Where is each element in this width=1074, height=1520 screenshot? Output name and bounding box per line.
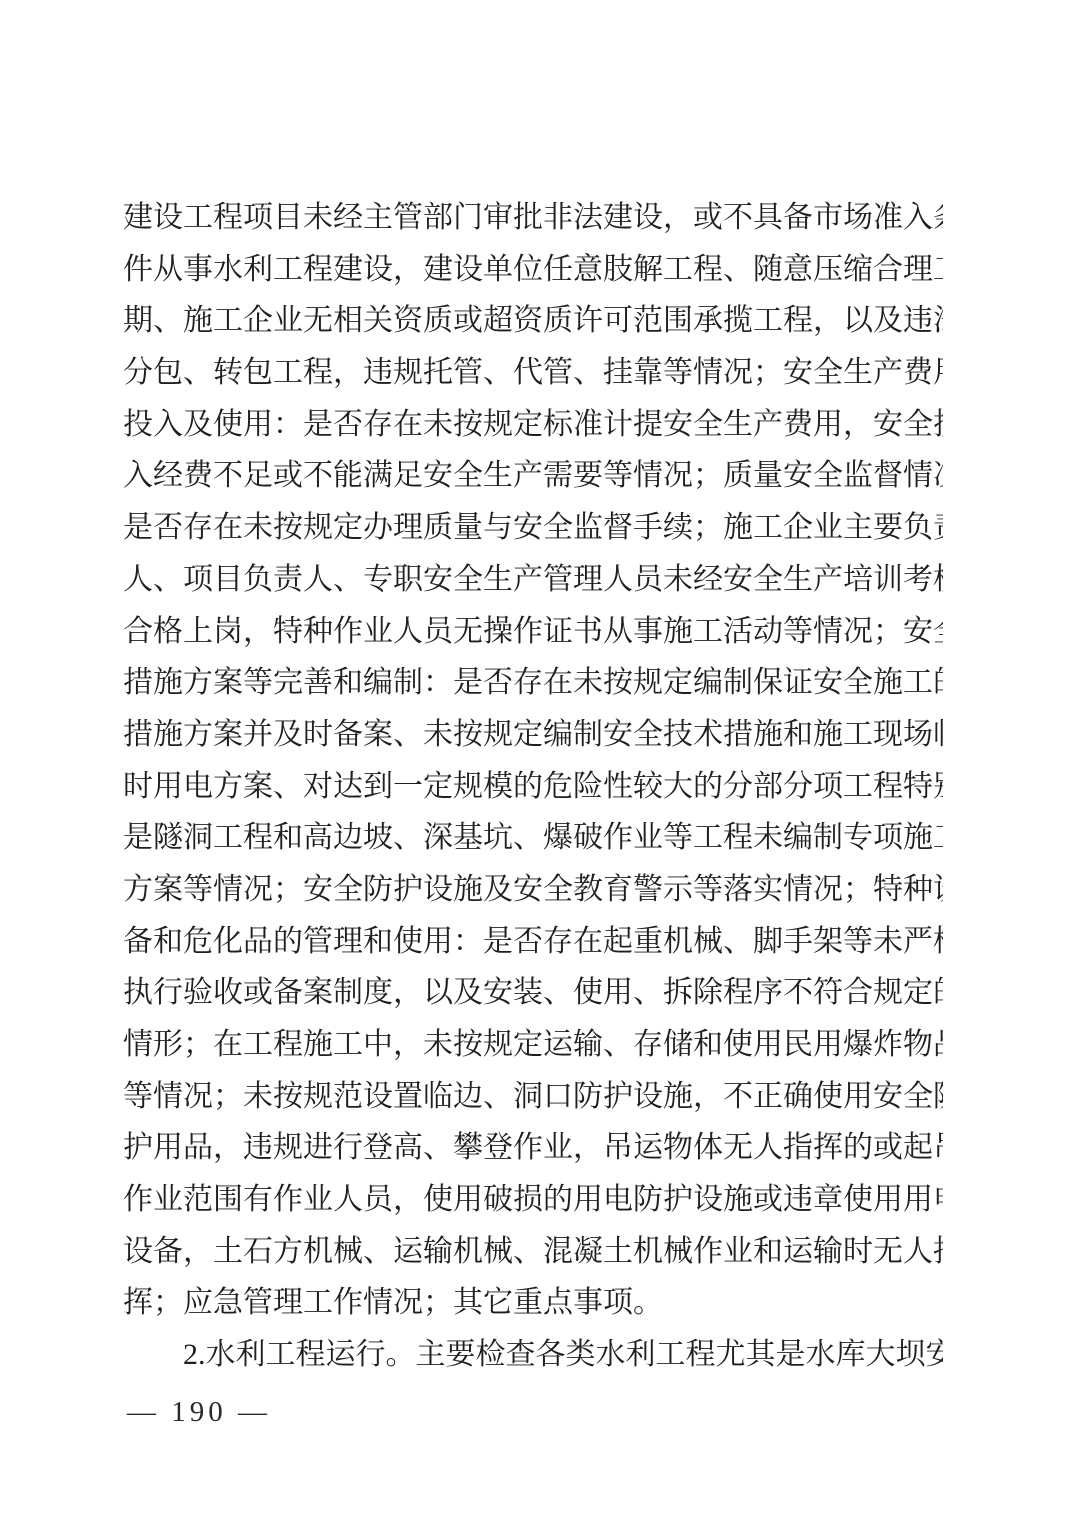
text-line: 作业范围有作业人员，使用破损的用电防护设施或违章使用用电 (123, 1174, 943, 1226)
text-line: 分包、转包工程，违规托管、代管、挂靠等情况；安全生产费用 (123, 347, 943, 399)
text-line: 人、项目负责人、专职安全生产管理人员未经安全生产培训考核 (123, 554, 943, 606)
text-line: 挥；应急管理工作情况；其它重点事项。 (123, 1277, 943, 1329)
text-line: 件从事水利工程建设，建设单位任意肢解工程、随意压缩合理工 (123, 244, 943, 296)
text-line: 执行验收或备案制度，以及安装、使用、拆除程序不符合规定的 (123, 967, 943, 1019)
text-line: 方案等情况；安全防护设施及安全教育警示等落实情况；特种设 (123, 864, 943, 916)
paragraph-2: 2.水利工程运行。主要检查各类水利工程尤其是水库大坝安 (123, 1329, 943, 1381)
text-line: 护用品，违规进行登高、攀登作业，吊运物体无人指挥的或起吊 (123, 1122, 943, 1174)
text-line: 是否存在未按规定办理质量与安全监督手续；施工企业主要负责 (123, 502, 943, 554)
text-line: 设备，土石方机械、运输机械、混凝土机械作业和运输时无人指 (123, 1226, 943, 1278)
text-line: 建设工程项目未经主管部门审批非法建设，或不具备市场准入条 (123, 192, 943, 244)
text-line: 期、施工企业无相关资质或超资质许可范围承揽工程，以及违法 (123, 295, 943, 347)
text-line: 措施方案并及时备案、未按规定编制安全技术措施和施工现场临 (123, 709, 943, 761)
text-line: 措施方案等完善和编制：是否存在未按规定编制保证安全施工的 (123, 657, 943, 709)
document-page: 建设工程项目未经主管部门审批非法建设，或不具备市场准入条 件从事水利工程建设，建… (0, 0, 1074, 1520)
text-line: 2.水利工程运行。主要检查各类水利工程尤其是水库大坝安 (123, 1329, 943, 1381)
text-line: 时用电方案、对达到一定规模的危险性较大的分部分项工程特别 (123, 761, 943, 813)
text-line: 情形；在工程施工中，未按规定运输、存储和使用民用爆炸物品 (123, 1019, 943, 1071)
text-line: 投入及使用：是否存在未按规定标准计提安全生产费用，安全投 (123, 399, 943, 451)
text-line: 备和危化品的管理和使用：是否存在起重机械、脚手架等未严格 (123, 916, 943, 968)
text-line: 入经费不足或不能满足安全生产需要等情况；质量安全监督情况： (123, 450, 943, 502)
text-line: 等情况；未按规范设置临边、洞口防护设施，不正确使用安全防 (123, 1071, 943, 1123)
text-line: 是隧洞工程和高边坡、深基坑、爆破作业等工程未编制专项施工 (123, 812, 943, 864)
body-text: 建设工程项目未经主管部门审批非法建设，或不具备市场准入条 件从事水利工程建设，建… (123, 192, 943, 1381)
page-number: — 190 — (127, 1396, 271, 1429)
paragraph-1: 建设工程项目未经主管部门审批非法建设，或不具备市场准入条 件从事水利工程建设，建… (123, 192, 943, 1329)
text-line: 合格上岗，特种作业人员无操作证书从事施工活动等情况；安全 (123, 606, 943, 658)
